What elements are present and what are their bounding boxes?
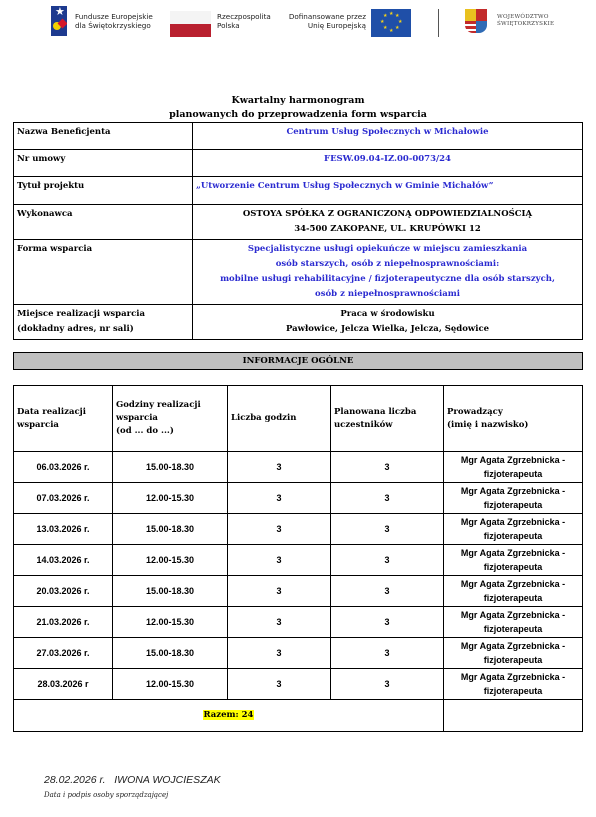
count-cell: 3 xyxy=(228,483,331,514)
eu-flag-icon: ★★★ ★★★ ★★ xyxy=(371,9,411,37)
lead-cell: Mgr Agata Zgrzebnicka -fizjoterapeuta xyxy=(444,483,583,514)
lead-cell: Mgr Agata Zgrzebnicka -fizjoterapeuta xyxy=(444,638,583,669)
miejsce-value: Praca w środowisku Pawłowice, Jelcza Wie… xyxy=(193,305,583,340)
hours-cell: 15.00-18.30 xyxy=(113,638,228,669)
table-row: 13.03.2026 r.15.00-18.3033Mgr Agata Zgrz… xyxy=(14,514,583,545)
hours-cell: 12.00-15.30 xyxy=(113,669,228,700)
lead-cell: Mgr Agata Zgrzebnicka -fizjoterapeuta xyxy=(444,545,583,576)
table-row: 14.03.2026 r.12.00-15.3033Mgr Agata Zgrz… xyxy=(14,545,583,576)
count-cell: 3 xyxy=(228,514,331,545)
umowa-value: FESW.09.04-IZ.00-0073/24 xyxy=(193,150,583,177)
row-wykonawca: Wykonawca OSTOYA SPÓŁKA Z OGRANICZONĄ OD… xyxy=(14,205,583,240)
total-empty-cell xyxy=(444,700,583,732)
wykonawca-label: Wykonawca xyxy=(14,205,193,240)
participants-cell: 3 xyxy=(331,576,444,607)
hours-cell: 12.00-15.30 xyxy=(113,607,228,638)
table-row: 28.03.2026 r12.00-15.3033Mgr Agata Zgrze… xyxy=(14,669,583,700)
section-header: INFORMACJE OGÓLNE xyxy=(13,352,583,370)
wojewodztwo-crest-icon xyxy=(465,9,487,37)
tytul-value: „Utworzenie Centrum Usług Społecznych w … xyxy=(193,177,583,205)
rzeczpospolita-text: Rzeczpospolita Polska xyxy=(217,12,271,30)
signature-label: Data i podpis osoby sporządzającej xyxy=(44,791,168,799)
participants-cell: 3 xyxy=(331,483,444,514)
beneficjent-value: Centrum Usług Społecznych w Michałowie xyxy=(193,123,583,150)
participants-cell: 3 xyxy=(331,638,444,669)
table-row: 07.03.2026 r.12.00-15.3033Mgr Agata Zgrz… xyxy=(14,483,583,514)
count-cell: 3 xyxy=(228,607,331,638)
count-cell: 3 xyxy=(228,545,331,576)
hours-cell: 12.00-15.30 xyxy=(113,483,228,514)
table-row: 27.03.2026 r.15.00-18.3033Mgr Agata Zgrz… xyxy=(14,638,583,669)
date-cell: 13.03.2026 r. xyxy=(14,514,113,545)
count-cell: 3 xyxy=(228,576,331,607)
hours-cell: 15.00-18.30 xyxy=(113,576,228,607)
miejsce-label: Miejsce realizacji wsparcia (dokładny ad… xyxy=(14,305,193,340)
date-cell: 20.03.2026 r. xyxy=(14,576,113,607)
count-cell: 3 xyxy=(228,638,331,669)
hours-cell: 15.00-18.30 xyxy=(113,452,228,483)
fundusze-europejskie-logo-icon: ★ xyxy=(51,6,67,36)
dofinansowane-text: Dofinansowane przez Unię Europejską xyxy=(288,12,366,30)
schedule-table: Data realizacji wsparcia Godziny realiza… xyxy=(13,385,583,732)
date-cell: 28.03.2026 r xyxy=(14,669,113,700)
lead-cell: Mgr Agata Zgrzebnicka -fizjoterapeuta xyxy=(444,452,583,483)
logo-bar: ★ Fundusze Europejskie dla Świętokrzyski… xyxy=(0,0,596,48)
wykonawca-value: OSTOYA SPÓŁKA Z OGRANICZONĄ ODPOWIEDZIAL… xyxy=(193,205,583,240)
polish-flag-icon xyxy=(170,11,211,37)
forma-value: Specjalistyczne usługi opiekuńcze w miej… xyxy=(193,240,583,305)
lead-cell: Mgr Agata Zgrzebnicka -fizjoterapeuta xyxy=(444,669,583,700)
header-participants: Planowana liczba uczestników xyxy=(331,386,444,452)
participants-cell: 3 xyxy=(331,545,444,576)
forma-label: Forma wsparcia xyxy=(14,240,193,305)
hours-cell: 12.00-15.30 xyxy=(113,545,228,576)
signature: 28.02.2026 r. IWONA WOJCIESZAK xyxy=(44,774,221,786)
table-row: 06.03.2026 r.15.00-18.3033Mgr Agata Zgrz… xyxy=(14,452,583,483)
project-info-table: Nazwa Beneficjenta Centrum Usług Społecz… xyxy=(13,122,583,340)
participants-cell: 3 xyxy=(331,669,444,700)
date-cell: 06.03.2026 r. xyxy=(14,452,113,483)
hours-cell: 15.00-18.30 xyxy=(113,514,228,545)
count-cell: 3 xyxy=(228,669,331,700)
umowa-label: Nr umowy xyxy=(14,150,193,177)
wojewodztwo-text: WOJEWÓDZTWO ŚWIĘTOKRZYSKIE xyxy=(497,14,554,28)
participants-cell: 3 xyxy=(331,514,444,545)
beneficjent-label: Nazwa Beneficjenta xyxy=(14,123,193,150)
participants-cell: 3 xyxy=(331,452,444,483)
table-row: 21.03.2026 r.12.00-15.3033Mgr Agata Zgrz… xyxy=(14,607,583,638)
tytul-label: Tytuł projektu xyxy=(14,177,193,205)
participants-cell: 3 xyxy=(331,607,444,638)
total-row: Razem: 24 xyxy=(14,700,583,732)
row-umowa: Nr umowy FESW.09.04-IZ.00-0073/24 xyxy=(14,150,583,177)
schedule-header-row: Data realizacji wsparcia Godziny realiza… xyxy=(14,386,583,452)
count-cell: 3 xyxy=(228,452,331,483)
table-row: 20.03.2026 r.15.00-18.3033Mgr Agata Zgrz… xyxy=(14,576,583,607)
total-cell: Razem: 24 xyxy=(14,700,444,732)
row-forma: Forma wsparcia Specjalistyczne usługi op… xyxy=(14,240,583,305)
row-miejsce: Miejsce realizacji wsparcia (dokładny ad… xyxy=(14,305,583,340)
fundusze-europejskie-text: Fundusze Europejskie dla Świętokrzyskieg… xyxy=(75,12,153,30)
date-cell: 27.03.2026 r. xyxy=(14,638,113,669)
date-cell: 14.03.2026 r. xyxy=(14,545,113,576)
header-lead: Prowadzący (imię i nazwisko) xyxy=(444,386,583,452)
header-hours: Godziny realizacji wsparcia (od ... do .… xyxy=(113,386,228,452)
lead-cell: Mgr Agata Zgrzebnicka -fizjoterapeuta xyxy=(444,576,583,607)
row-tytul: Tytuł projektu „Utworzenie Centrum Usług… xyxy=(14,177,583,205)
lead-cell: Mgr Agata Zgrzebnicka -fizjoterapeuta xyxy=(444,514,583,545)
document-title: Kwartalny harmonogram planowanych do prz… xyxy=(0,94,596,122)
date-cell: 07.03.2026 r. xyxy=(14,483,113,514)
header-count: Liczba godzin xyxy=(228,386,331,452)
row-beneficjent: Nazwa Beneficjenta Centrum Usług Społecz… xyxy=(14,123,583,150)
lead-cell: Mgr Agata Zgrzebnicka -fizjoterapeuta xyxy=(444,607,583,638)
logo-divider xyxy=(438,9,439,37)
total-value: Razem: 24 xyxy=(203,710,255,720)
header-date: Data realizacji wsparcia xyxy=(14,386,113,452)
date-cell: 21.03.2026 r. xyxy=(14,607,113,638)
